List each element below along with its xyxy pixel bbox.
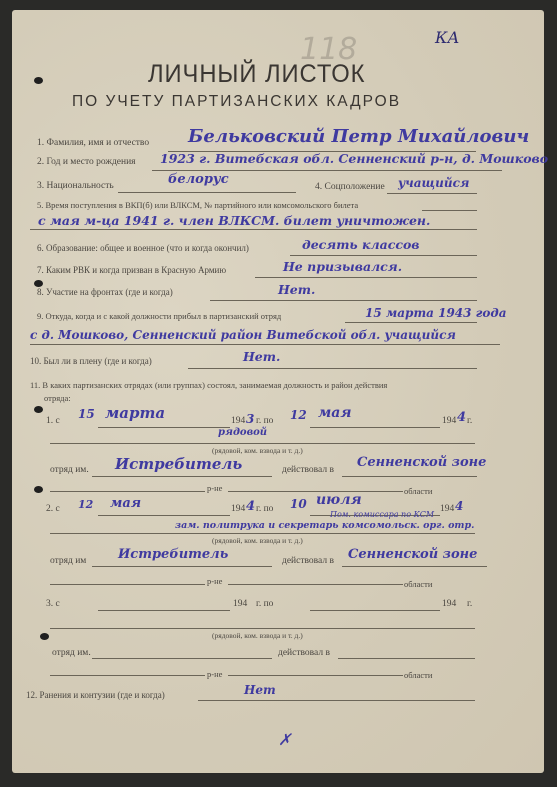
page-title: ЛИЧНЫЙ ЛИСТОК [148, 60, 365, 89]
service2-from-month: мая [110, 496, 141, 511]
field-party-value: с мая м-ца 1941 г. член ВЛКСМ. билет уни… [38, 213, 430, 228]
field-nationality-label: 3. Национальность [37, 181, 114, 191]
service1-area: Сенненской зоне [357, 455, 486, 470]
field-units-label: 11. В каких партизанских отрядах (или гр… [30, 380, 387, 390]
service3-num: 3. с [46, 599, 60, 609]
service2-to-word: г. по [256, 504, 273, 514]
service3-from-year: 194 [233, 599, 247, 609]
punch-hole [40, 633, 49, 640]
service1-oblast-label: области [404, 486, 432, 496]
footer-mark: ✗ [278, 730, 291, 749]
service2-position-note: (рядовой, ком. взвода и т. д.) [212, 536, 303, 545]
field-education-value: десять классов [302, 237, 420, 252]
page-subtitle: ПО УЧЕТУ ПАРТИЗАНСКИХ КАДРОВ [72, 93, 401, 111]
field-units-label-b: отряда: [44, 393, 71, 403]
field-arrival-value-a: 15 марта 1943 года [365, 306, 507, 320]
punch-hole [34, 486, 43, 493]
service1-to-year-hw: 4 [457, 410, 466, 425]
punch-hole [34, 406, 43, 413]
service3-to-year: 194 [442, 599, 456, 609]
field-army-label: 7. Каким РВК и когда призван в Красную А… [37, 265, 226, 275]
service1-from-month: марта [105, 404, 165, 422]
service2-unit-label: отряд им [50, 556, 86, 566]
field-wounds-label: 12. Ранения и контузии (где и когда) [26, 690, 165, 700]
service1-num: 1. с [46, 416, 60, 426]
service3-position-note: (рядовой, ком. взвода и т. д.) [212, 631, 303, 640]
field-front-label: 8. Участие на фронтах (где и когда) [37, 287, 173, 297]
service1-to-day: 12 [290, 408, 307, 422]
service3-unit-label: отряд им. [52, 648, 91, 658]
field-army-value: Не призывался. [283, 259, 402, 274]
service2-from-day: 12 [78, 498, 93, 511]
field-arrival-label: 9. Откуда, когда и с какой должности при… [37, 311, 281, 321]
service1-unit: Истребитель [115, 455, 242, 473]
service1-to-year: 194 [442, 416, 456, 426]
field-birth-label: 2. Год и место рождения [37, 157, 136, 167]
field-captivity-value: Нет. [243, 349, 280, 364]
field-birth-value: 1923 г. Витебская обл. Сенненский р-н, д… [160, 151, 548, 166]
service2-from-year-hw: 4 [246, 499, 255, 514]
field-name-value: Бельковский Петр Михайлович [188, 126, 529, 147]
field-name-label: 1. Фамилия, имя и отчество [37, 138, 149, 148]
service3-acted-label: действовал в [278, 648, 330, 658]
corner-mark: КА [435, 28, 460, 47]
punch-hole [34, 280, 43, 287]
service1-from-year-hw: 3 [246, 412, 254, 426]
service2-to-year-hw: 4 [455, 499, 463, 513]
service2-oblast-label: области [404, 579, 432, 589]
service3-to-word: г. по [256, 599, 273, 609]
service2-position: зам. политрука и секретарь комсомольск. … [175, 520, 474, 531]
service2-to-year: 194 [440, 504, 454, 514]
service3-rayon-label: р-не [207, 669, 222, 679]
service1-acted-label: действовал в [282, 465, 334, 475]
service2-num: 2. с [46, 504, 60, 514]
service1-position-note: (рядовой, ком. взвода и т. д.) [212, 446, 303, 455]
service1-unit-label: отряд им. [50, 465, 89, 475]
service2-from-year: 194 [231, 504, 245, 514]
service2-position-top: Пом. комиссара по КСМ [330, 510, 434, 519]
field-front-value: Нет. [278, 282, 315, 297]
service1-from-year: 194 [231, 416, 245, 426]
service1-to-word: г. по [256, 416, 273, 426]
field-social-value: учащийся [398, 176, 469, 190]
field-party-label: 5. Время поступления в ВКП(б) или ВЛКСМ,… [37, 200, 358, 210]
service1-year-suffix: г. [467, 416, 472, 426]
field-education-label: 6. Образование: общее и военное (что и к… [37, 243, 249, 253]
service1-rayon-label: р-не [207, 483, 222, 493]
service2-acted-label: действовал в [282, 556, 334, 566]
service1-position: рядовой [218, 427, 267, 438]
service1-from-day: 15 [78, 407, 95, 421]
field-wounds-value: Нет [244, 683, 276, 697]
field-captivity-label: 10. Был ли в плену (где и когда) [30, 356, 152, 366]
punch-hole [34, 77, 43, 84]
service2-to-day: 10 [290, 497, 307, 511]
service2-rayon-label: р-не [207, 576, 222, 586]
service3-year-suffix: г. [467, 599, 472, 609]
service2-area: Сенненской зоне [348, 547, 477, 562]
service2-to-month: июля [316, 492, 362, 508]
service3-oblast-label: области [404, 670, 432, 680]
service1-to-month: мая [318, 405, 352, 421]
field-social-label: 4. Соцположение [315, 182, 385, 192]
field-nationality-value: белорус [168, 172, 229, 187]
service2-unit: Истребитель [118, 547, 228, 562]
field-arrival-value-b: с д. Мошково, Сенненский район Витебской… [30, 328, 456, 342]
